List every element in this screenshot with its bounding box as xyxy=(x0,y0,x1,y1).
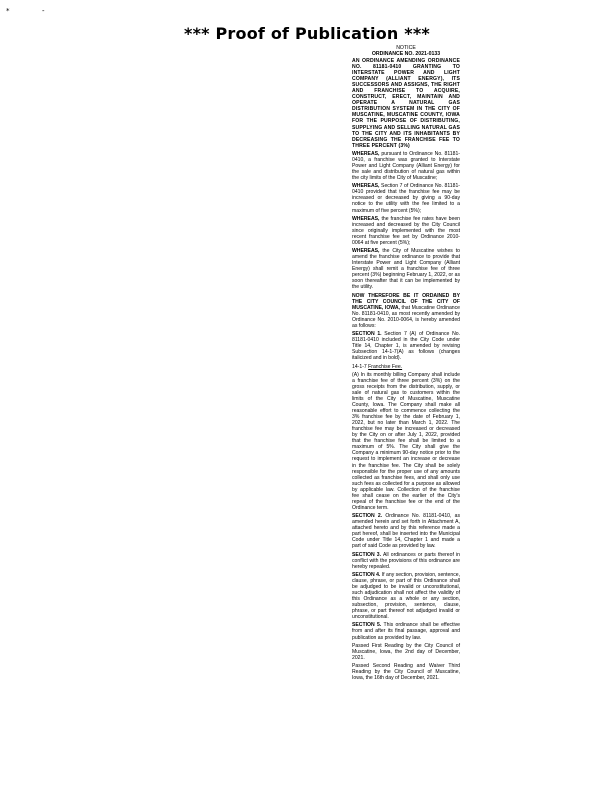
notice-column: NOTICE ORDINANCE NO. 2021-0133 AN ORDINA… xyxy=(352,45,460,681)
paragraph-second-reading: Passed Second Reading and Waiver Third R… xyxy=(352,663,460,681)
page-title: *** Proof of Publication *** xyxy=(0,24,614,43)
paragraph-text: Passed Second Reading and Waiver Third R… xyxy=(352,663,460,681)
paragraph-now-therefore: NOW THEREFORE BE IT ORDAINED BY THE CITY… xyxy=(352,293,460,329)
paragraph-text: the City of Muscatine wishes to amend th… xyxy=(352,248,460,290)
paragraph-section-2: SECTION 2. Ordinance No. 81181-0410, as … xyxy=(352,513,460,549)
paragraph-text: Ordinance No. 81181-0410, as amended her… xyxy=(352,513,460,549)
paragraph-whereas-2: WHEREAS, Section 7 of Ordinance No. 8118… xyxy=(352,183,460,213)
paragraph-text: Passed First Reading by the City Council… xyxy=(352,643,460,661)
subsection-title: Franchise Fee. xyxy=(368,364,402,370)
paragraph-text: 14-1-7 xyxy=(352,364,368,370)
paragraph-text: (A) In its monthly billing Company shall… xyxy=(352,372,460,511)
ordinance-number: ORDINANCE NO. 2021-0133 xyxy=(352,51,460,57)
paragraph-section-4: SECTION 4. If any section, provision, se… xyxy=(352,572,460,620)
corner-mark: * xyxy=(6,8,10,15)
paragraph-section-5: SECTION 5. This ordinance shall be effec… xyxy=(352,622,460,640)
paragraph-whereas-1: WHEREAS, pursuant to Ordinance No. 81181… xyxy=(352,151,460,181)
corner-mark: - xyxy=(42,8,45,15)
paragraph-section-1: SECTION 1. Section 7 (A) of Ordinance No… xyxy=(352,331,460,361)
paragraph-first-reading: Passed First Reading by the City Council… xyxy=(352,643,460,661)
paragraph-section-3: SECTION 3. All ordinances or parts there… xyxy=(352,552,460,570)
paragraph-text: If any section, provision, sentence, cla… xyxy=(352,572,460,620)
paragraph-subsection-a: (A) In its monthly billing Company shall… xyxy=(352,372,460,511)
paragraph-whereas-3: WHEREAS, the franchise fee rates have be… xyxy=(352,216,460,246)
ordinance-heading: AN ORDINANCE AMENDING ORDINANCE NO. 8118… xyxy=(352,58,460,149)
paragraph-whereas-4: WHEREAS, the City of Muscatine wishes to… xyxy=(352,248,460,290)
paragraph-subsection-heading: 14-1-7 Franchise Fee. xyxy=(352,364,460,370)
